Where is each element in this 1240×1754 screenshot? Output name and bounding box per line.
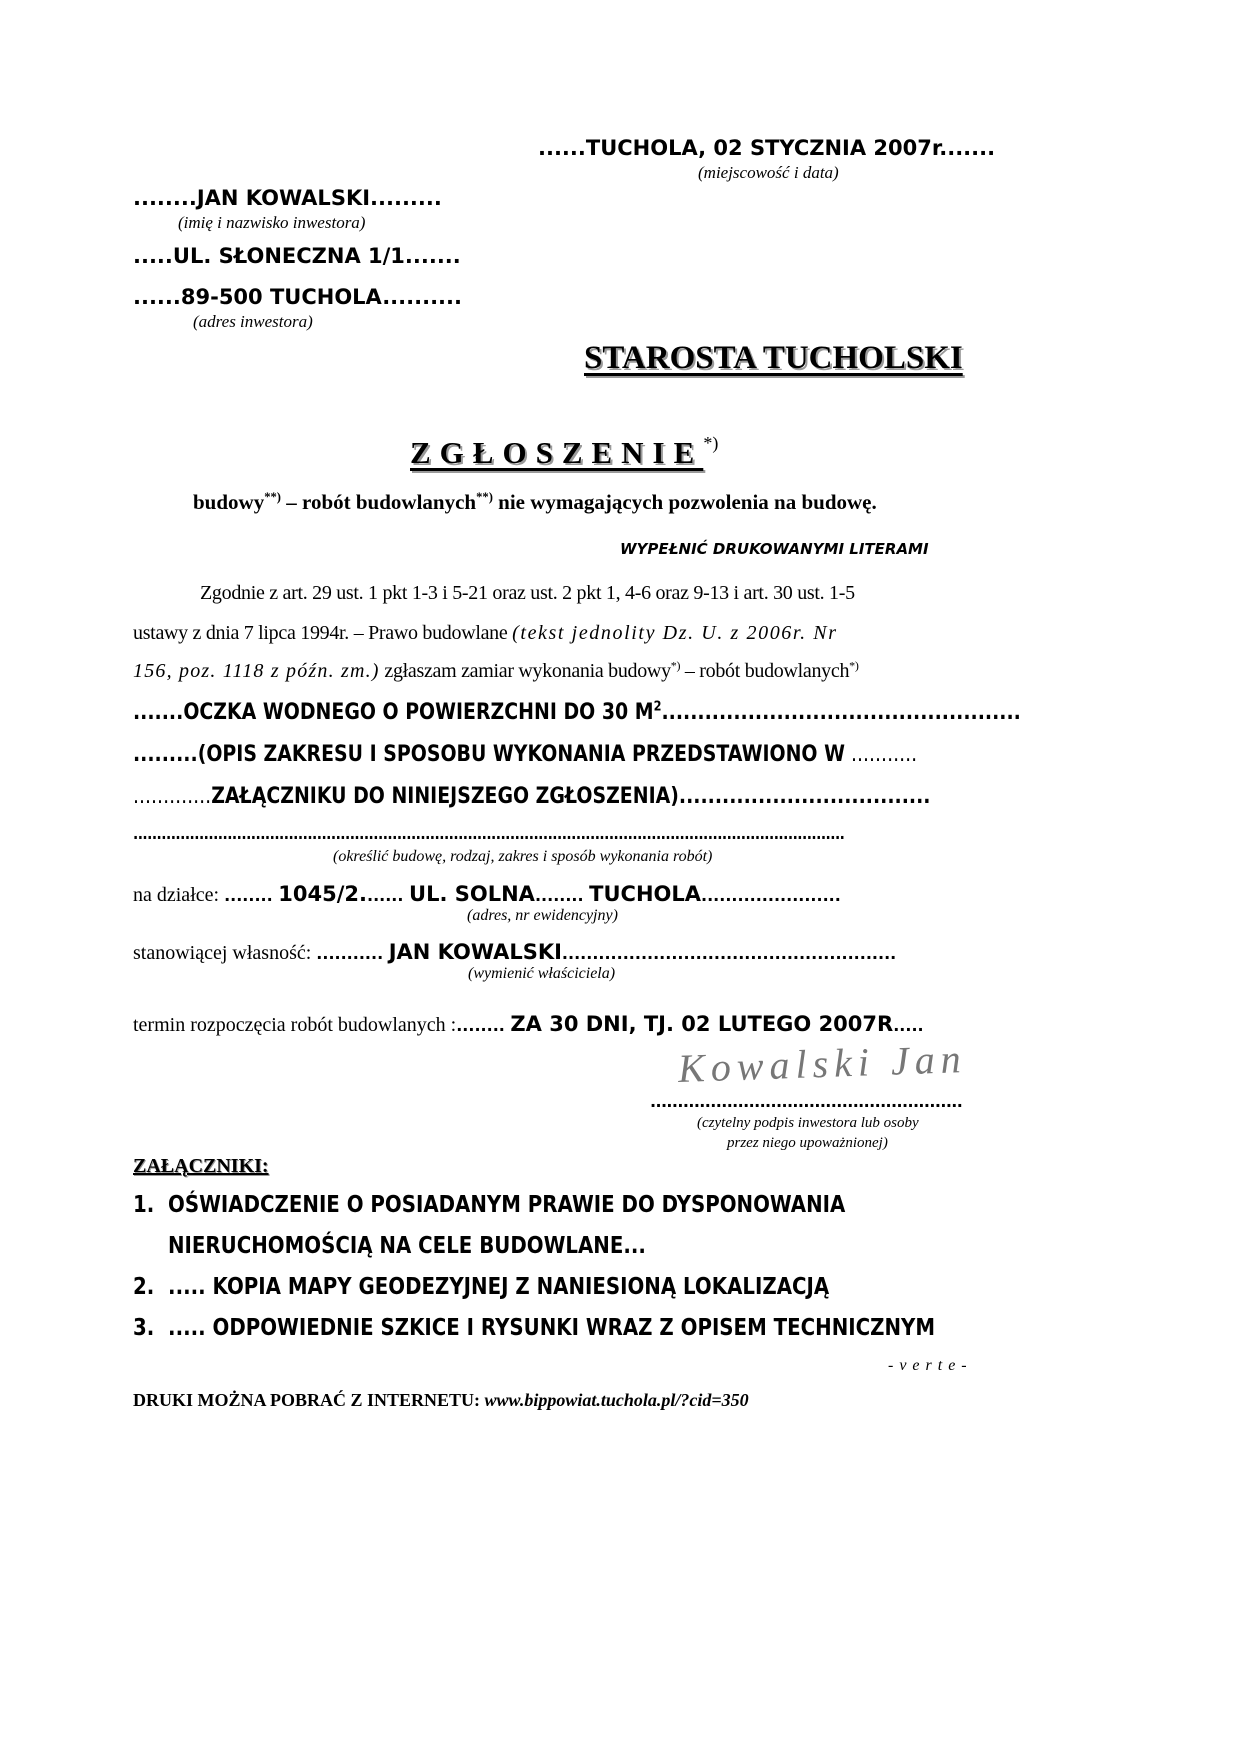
start-date-field: termin rozpoczęcia robót budowlanych :..… xyxy=(133,1012,924,1037)
footnote-mark: **) xyxy=(264,490,281,504)
legal-basis-citation: 156, poz. 1118 z późn. zm.) xyxy=(133,660,380,682)
works-description-value: (OPIS ZAKRESU I SPOSOBU WYKONANIA PRZEDS… xyxy=(198,742,845,767)
legal-basis-text: – robót budowlanych xyxy=(680,660,849,682)
start-date-label: termin rozpoczęcia robót budowlanych : xyxy=(133,1014,456,1036)
dots: ....... xyxy=(133,700,183,725)
subtitle-part: – robót budowlanych xyxy=(281,490,476,514)
legal-basis-text: zgłaszam zamiar wykonania budowy xyxy=(380,660,671,682)
investor-name-value: JAN KOWALSKI xyxy=(197,186,370,210)
place-date-caption: (miejscowość i data) xyxy=(698,163,839,183)
document-title: ZGŁOSZENIE*) xyxy=(410,433,718,471)
works-description-value: OCZKA WODNEGO O POWIERZCHNI DO 30 M xyxy=(183,700,653,725)
legal-basis-text: ustawy z dnia 7 lipca 1994r. – Prawo bud… xyxy=(133,622,512,644)
investor-address-line1: .....UL. SŁONECZNA 1/1....... xyxy=(133,244,461,268)
owner-caption: (wymienić właściciela) xyxy=(468,965,615,983)
signature-caption-line1: (czytelny podpis inwestora lub osoby xyxy=(697,1115,919,1132)
works-description-value: ZAŁĄCZNIKU DO NINIEJSZEGO ZGŁOSZENIA) xyxy=(211,784,679,809)
subtitle-part: nie wymagających pozwolenia na budowę. xyxy=(493,490,877,514)
signature-line: ........................................… xyxy=(650,1092,962,1111)
dots: ........... xyxy=(845,742,917,767)
attachment-text: ..... KOPIA MAPY GEODEZYJNEJ Z NANIESION… xyxy=(168,1274,829,1300)
attachments-heading: ZAŁĄCZNIKI: xyxy=(133,1155,269,1178)
attachment-text: OŚWIADCZENIE O POSIADANYM PRAWIE DO DYSP… xyxy=(168,1192,845,1218)
footnote-mark: *) xyxy=(671,658,680,672)
investor-address-caption: (adres inwestora) xyxy=(193,312,313,332)
investor-name-field: ........JAN KOWALSKI......... xyxy=(133,186,442,210)
download-note: DRUKI MOŻNA POBRAĆ Z INTERNETU: www.bipp… xyxy=(133,1390,749,1411)
legal-basis-line3: 156, poz. 1118 z późn. zm.) zgłaszam zam… xyxy=(133,660,859,683)
attachment-number: 3. xyxy=(133,1315,154,1341)
addressee-heading: STAROSTA TUCHOLSKI xyxy=(584,340,963,377)
address-line1-value: UL. SŁONECZNA 1/1 xyxy=(173,244,405,268)
fill-instruction: WYPEŁNIĆ DRUKOWANYMI LITERAMI xyxy=(620,540,929,558)
works-description-line2: .........(OPIS ZAKRESU I SPOSOBU WYKONAN… xyxy=(133,742,917,767)
superscript: 2 xyxy=(654,700,662,715)
dots: ....................... xyxy=(701,886,841,905)
attachment-text: ..... ODPOWIEDNIE SZKICE I RYSUNKI WRAZ … xyxy=(168,1315,935,1341)
handwritten-signature: Kowalski Jan xyxy=(677,1035,967,1092)
plot-city-value: TUCHOLA xyxy=(589,882,701,906)
works-description-line3: .............ZAŁĄCZNIKU DO NINIEJSZEGO Z… xyxy=(133,784,930,809)
owner-field: stanowiącej własność: ........... JAN KO… xyxy=(133,940,896,965)
subtitle-part: budowy xyxy=(193,490,264,514)
plot-street-value: UL. SOLNA xyxy=(409,882,535,906)
place-date-field: ......TUCHOLA, 02 STYCZNIA 2007r....... xyxy=(538,136,995,160)
owner-name-value: JAN KOWALSKI xyxy=(389,940,562,964)
download-label: DRUKI MOŻNA POBRAĆ Z INTERNETU: xyxy=(133,1390,485,1410)
attachment-number: 2. xyxy=(133,1274,154,1300)
attachment-item-1-continued: NIERUCHOMOŚCIĄ NA CELE BUDOWLANE... xyxy=(168,1233,646,1259)
place-date-value: TUCHOLA, 02 STYCZNIA 2007r xyxy=(586,136,939,160)
dots: ............. xyxy=(133,784,211,809)
works-description-line4: ........................................… xyxy=(133,824,844,843)
attachment-item-2: 2. ..... KOPIA MAPY GEODEZYJNEJ Z NANIES… xyxy=(133,1274,829,1300)
dots: ........ xyxy=(224,886,278,905)
dots: ........................................… xyxy=(562,944,896,963)
dots: ......... xyxy=(133,742,198,767)
owner-label: stanowiącej własność: xyxy=(133,942,316,964)
attachment-number: 1. xyxy=(133,1192,154,1218)
address-line2-value: 89-500 TUCHOLA xyxy=(181,285,382,309)
dots: ...... xyxy=(367,886,409,905)
verte-note: - v e r t e - xyxy=(888,1357,968,1375)
plot-number-value: 1045/2. xyxy=(278,882,367,906)
works-description-line1: .......OCZKA WODNEGO O POWIERZCHNI DO 30… xyxy=(133,700,1021,725)
legal-basis-citation: (tekst jednolity Dz. U. z 2006r. Nr xyxy=(512,622,837,644)
document-subtitle: budowy**) – robót budowlanych**) nie wym… xyxy=(193,490,877,515)
plot-label: na działce: xyxy=(133,884,224,906)
title-text: ZGŁOSZENIE xyxy=(410,435,703,470)
dots: ........................................… xyxy=(661,700,1020,725)
legal-basis-line2: ustawy z dnia 7 lipca 1994r. – Prawo bud… xyxy=(133,622,838,645)
investor-name-caption: (imię i nazwisko inwestora) xyxy=(178,213,365,233)
investor-address-line2: ......89-500 TUCHOLA.......... xyxy=(133,285,462,309)
footnote-mark: **) xyxy=(476,490,493,504)
attachment-item-3: 3. ..... ODPOWIEDNIE SZKICE I RYSUNKI WR… xyxy=(133,1315,935,1341)
plot-caption: (adres, nr ewidencyjny) xyxy=(467,907,618,925)
signature-caption-line2: przez niego upoważnionej) xyxy=(727,1135,888,1152)
dots: ........ xyxy=(535,886,589,905)
dots: ........ xyxy=(456,1016,510,1035)
download-link[interactable]: www.bippowiat.tuchola.pl/?cid=350 xyxy=(485,1390,749,1410)
start-date-value: ZA 30 DNI, TJ. 02 LUTEGO 2007R xyxy=(510,1012,893,1036)
title-footnote-mark: *) xyxy=(703,433,718,453)
dots: ........... xyxy=(316,944,388,963)
attachment-item-1: 1. OŚWIADCZENIE O POSIADANYM PRAWIE DO D… xyxy=(133,1192,845,1218)
plot-field: na działce: ........ 1045/2....... UL. S… xyxy=(133,882,841,907)
footnote-mark: *) xyxy=(849,658,858,672)
dots: ................................... xyxy=(679,784,931,809)
legal-basis-line1: Zgodnie z art. 29 ust. 1 pkt 1-3 i 5-21 … xyxy=(200,582,855,605)
works-description-caption: (określić budowę, rodzaj, zakres i sposó… xyxy=(333,848,712,866)
dots: ..... xyxy=(893,1016,923,1035)
